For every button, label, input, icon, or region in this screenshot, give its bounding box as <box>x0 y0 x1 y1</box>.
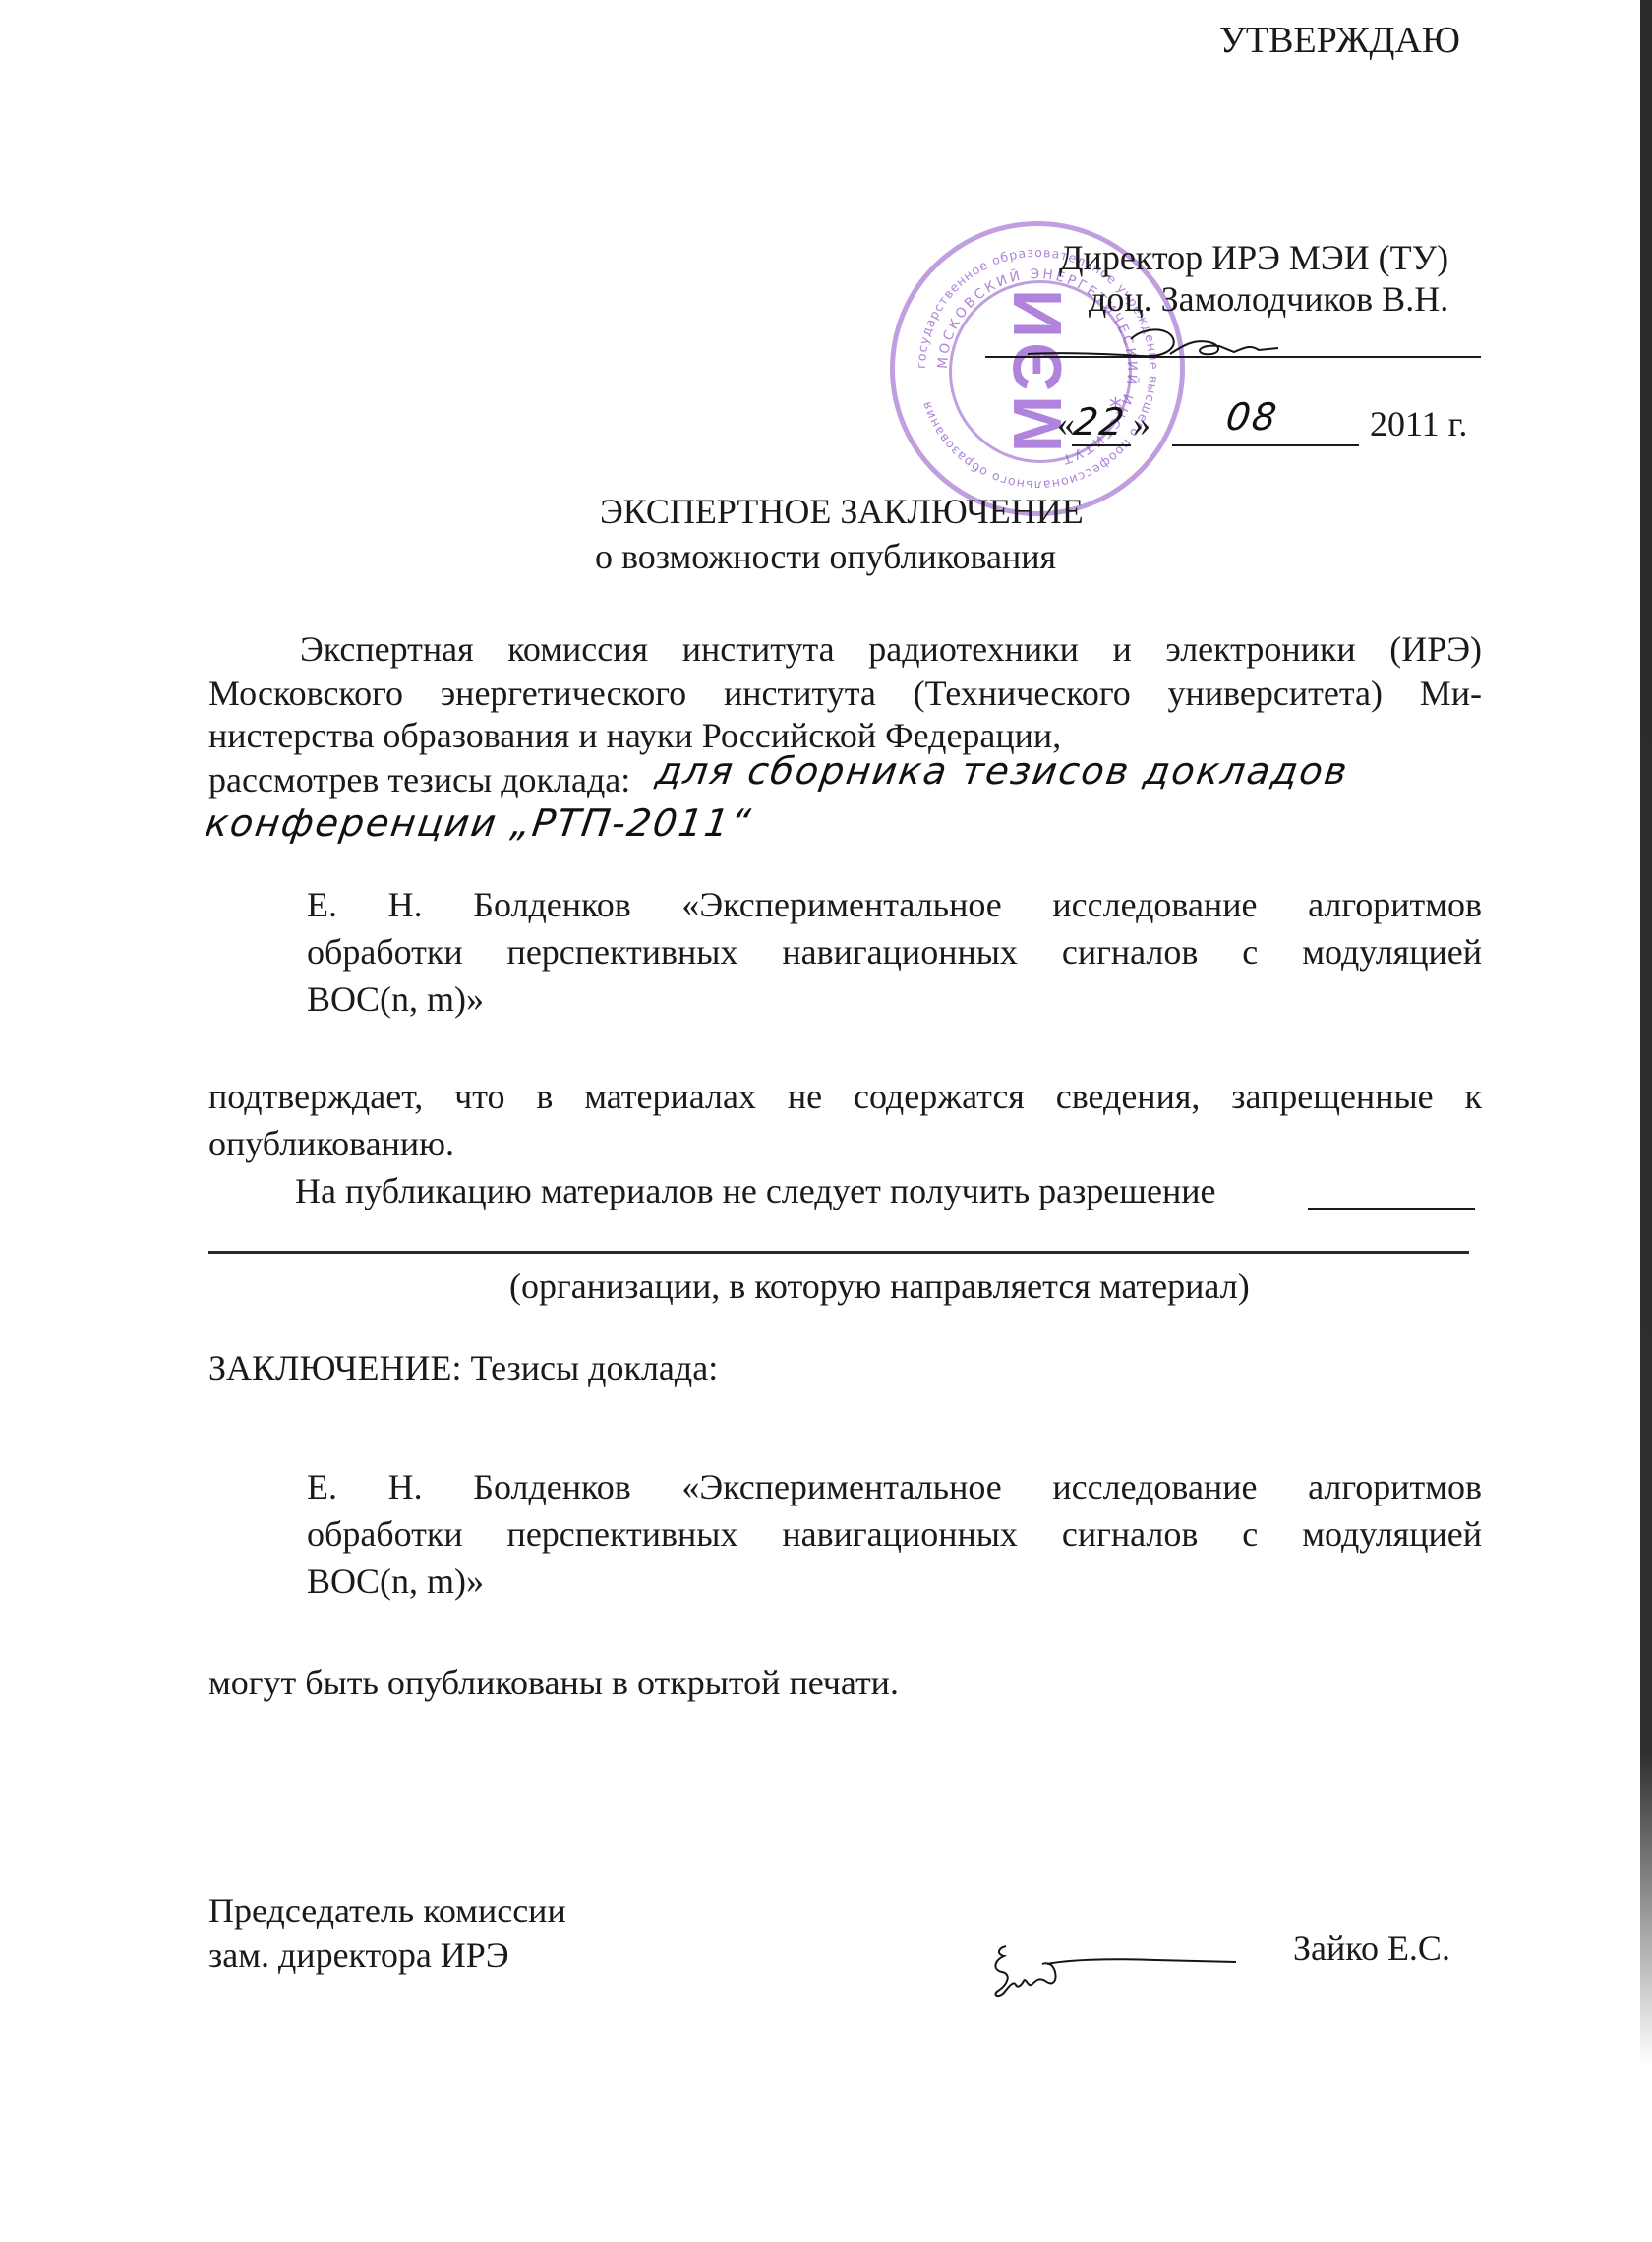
chair-name: Зайко Е.С. <box>1293 1930 1450 1966</box>
conclusion-paper-line-2-text: обработки перспективных навигационных си… <box>307 1514 1482 1554</box>
permission-blank-line <box>1308 1208 1475 1209</box>
permission-text: На публикацию материалов не следует полу… <box>295 1173 1216 1209</box>
paper-line-1: Е. Н. Болденков «Экспериментальное иссле… <box>307 883 1482 927</box>
paper-line-1-text: Е. Н. Болденков «Экспериментальное иссле… <box>307 885 1482 924</box>
paper-line-2-text: обработки перспективных навигационных си… <box>307 932 1482 972</box>
conclusion-paper-line-2: обработки перспективных навигационных си… <box>307 1512 1482 1557</box>
intro-line-3: нистерства образования и науки Российско… <box>208 718 1061 753</box>
conclusion-result: могут быть опубликованы в открытой печат… <box>208 1665 899 1700</box>
intro-line-1: Экспертная комиссия института радиотехни… <box>300 627 1482 672</box>
conclusion-paper-line-1: Е. Н. Болденков «Экспериментальное иссле… <box>307 1465 1482 1509</box>
handwritten-note-line-1: для сборника тезисов докладов <box>654 752 1351 790</box>
approval-heading: УТВЕРЖДАЮ <box>1219 22 1460 59</box>
approver-name: доц. Замолодчиков В.Н. <box>1089 281 1448 317</box>
document-title: ЭКСПЕРТНОЕ ЗАКЛЮЧЕНИЕ <box>600 494 1084 529</box>
confirmation-line-2: опубликованию. <box>208 1126 454 1161</box>
chair-role-line-2: зам. директора ИРЭ <box>208 1937 509 1973</box>
date-close-quote: » <box>1133 406 1150 442</box>
date-year: 2011 г. <box>1370 406 1467 442</box>
paper-line-3: BOC(n, m)» <box>307 981 484 1017</box>
conclusion-paper-line-1-text: Е. Н. Болденков «Экспериментальное иссле… <box>307 1467 1482 1506</box>
scan-edge-shadow <box>1640 0 1652 2065</box>
approver-position: Директор ИРЭ МЭИ (ТУ) <box>1059 240 1448 275</box>
handwritten-note-line-2: конференции „РТП-2011“ <box>204 804 754 842</box>
intro-line-2: Московского энергетического института (Т… <box>208 672 1482 716</box>
paper-line-2: обработки перспективных навигационных си… <box>307 930 1482 974</box>
chair-signature-icon <box>988 1942 1254 2001</box>
confirmation-line-1: подтверждает, что в материалах не содерж… <box>208 1075 1482 1119</box>
intro-line-1-text: Экспертная комиссия института радиотехни… <box>300 629 1482 669</box>
organization-line <box>208 1251 1469 1254</box>
date-day-field: 22 <box>1072 403 1129 441</box>
document-subtitle: о возможности опубликования <box>595 539 1056 574</box>
date-day-underline <box>1072 444 1131 446</box>
date-month-field: 08 <box>1224 398 1281 436</box>
approver-signature-icon <box>1023 324 1288 364</box>
conclusion-label: ЗАКЛЮЧЕНИЕ: Тезисы доклада: <box>208 1350 718 1386</box>
confirmation-line-1-text: подтверждает, что в материалах не содерж… <box>208 1077 1482 1116</box>
date-month-underline <box>1172 444 1359 446</box>
intro-line-2-text: Московского энергетического института (Т… <box>208 674 1482 713</box>
considered-label: рассмотрев тезисы доклада: <box>208 762 630 797</box>
organization-caption: (организации, в которую направляется мат… <box>509 1268 1250 1304</box>
chair-role-line-1: Председатель комиссии <box>208 1893 566 1928</box>
conclusion-paper-line-3: BOC(n, m)» <box>307 1563 484 1599</box>
